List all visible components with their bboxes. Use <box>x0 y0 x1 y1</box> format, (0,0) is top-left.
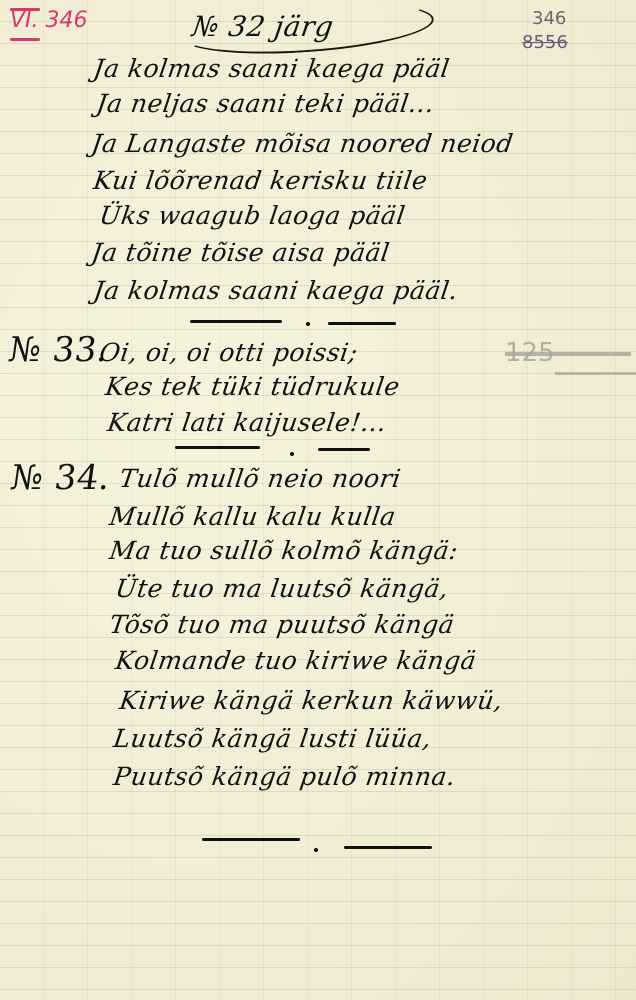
verse-line: Mullõ kallu kalu kulla <box>108 504 398 529</box>
song-number: № 34. <box>8 458 113 498</box>
verse-line: Ja Langaste mõisa noored neiod <box>90 131 515 156</box>
verse-line: Luutsõ kängä lusti lüüa, <box>112 726 433 751</box>
verse-line: Üks waagub laoga pääl <box>98 203 407 228</box>
verse-line: Ja kolmas saani kaega pääl <box>92 56 451 81</box>
manuscript-page: VI. 346 346 8556 № 32 järg Ja kolmas saa… <box>0 0 636 1000</box>
verse-line: Kes tek tüki tüdrukule <box>104 374 402 399</box>
archive-underline-top <box>10 8 40 11</box>
section-divider-left <box>175 446 260 449</box>
archive-reference-stamp: VI. 346 <box>10 8 88 33</box>
page-header: № 32 järg <box>190 10 336 43</box>
pencil-strikethrough-lower <box>555 372 636 375</box>
verse-line: Katri lati kaijusele!... <box>106 410 388 435</box>
pencil-strikethrough <box>505 352 631 356</box>
section-divider-left <box>190 320 282 323</box>
verse-line: Kolmande tuo kiriwe kängä <box>114 648 478 673</box>
pencil-page-number: 346 <box>532 8 566 29</box>
pencil-old-number: 8556 <box>522 32 568 53</box>
verse-line: Ma tuo sullõ kolmõ kängä: <box>108 538 460 563</box>
verse-line: Tulõ mullõ neio noori <box>118 466 403 491</box>
section-divider-right <box>328 322 396 325</box>
song-number: № 33. <box>6 330 111 370</box>
end-divider-dot <box>314 848 318 852</box>
verse-line: Tõsõ tuo ma puutsõ kängä <box>108 612 456 637</box>
section-divider-dot <box>306 322 310 326</box>
verse-line: Ja neljas saani teki pääl... <box>95 91 436 116</box>
verse-line: Üte tuo ma luutsõ kängä, <box>114 576 450 601</box>
verse-line: Kiriwe kängä kerkun käwwü, <box>118 688 504 713</box>
section-divider-right <box>318 448 370 451</box>
pencil-margin-note: 125 <box>505 338 555 368</box>
archive-underline-bottom <box>10 38 40 41</box>
verse-line: Puutsõ kängä pulõ minna. <box>112 764 457 789</box>
end-divider-right <box>344 846 432 849</box>
verse-line: Oi, oi, oi otti poissi; <box>98 340 360 365</box>
verse-line: Ja tõine tõise aisa pääl <box>90 240 391 265</box>
section-divider-dot <box>290 452 294 456</box>
end-divider-left <box>202 838 300 841</box>
verse-line: Kui lõõrenad kerisku tiile <box>92 168 429 193</box>
verse-line: Ja kolmas saani kaega pääl. <box>92 278 460 303</box>
archive-reference-text: VI. 346 <box>10 8 88 33</box>
